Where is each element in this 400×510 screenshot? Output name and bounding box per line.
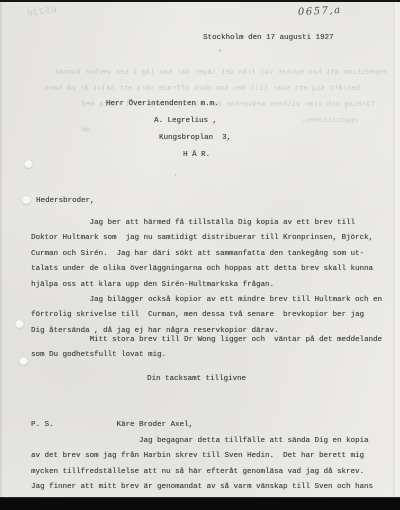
bleedthrough-line: bestått sig ett svar till den som dock o… [45,85,360,93]
bleedthrough-line: expedition att han mycket väl från det l… [54,69,387,77]
recipient-line: Herr Överintendenten m.m. [106,97,219,112]
scan-smudge [82,128,89,131]
archive-number-handwritten: 0657,a [298,5,342,18]
paper-edge-left [0,2,3,497]
scan-speck [219,49,221,52]
faint-pencil-mark: 65230 [26,5,57,18]
closing-line: Din tacksamt tillgivne [147,372,246,387]
recipient-line: A. Legrelius , [154,114,217,129]
scan-border-bottom [0,497,400,510]
letter-paper: expedition att han mycket väl från det l… [0,2,400,497]
punch-hole [22,196,31,205]
body-paragraph: Mitt stora brev till Dr Wong ligger och … [31,333,382,364]
salutation: Hedersbroder, [36,194,95,209]
postscript: P. S. Käre Broder Axel, Jag begagnar det… [31,418,373,496]
dateline: Stockholm den 17 augusti 1927 [203,31,334,46]
scanned-letter-page: expedition att han mycket väl från det l… [0,0,400,510]
body-paragraph: Jag ber att härmed få tillställa Dig kop… [31,216,373,293]
bleedthrough-line: oppositionen. [301,117,358,125]
recipient-line: Kungsbroplan 3, [159,131,231,146]
recipient-line: H Ä R. [183,148,210,163]
punch-hole [19,357,28,366]
punch-hole [24,160,33,169]
scan-speck [175,174,176,176]
punch-hole [15,320,24,329]
